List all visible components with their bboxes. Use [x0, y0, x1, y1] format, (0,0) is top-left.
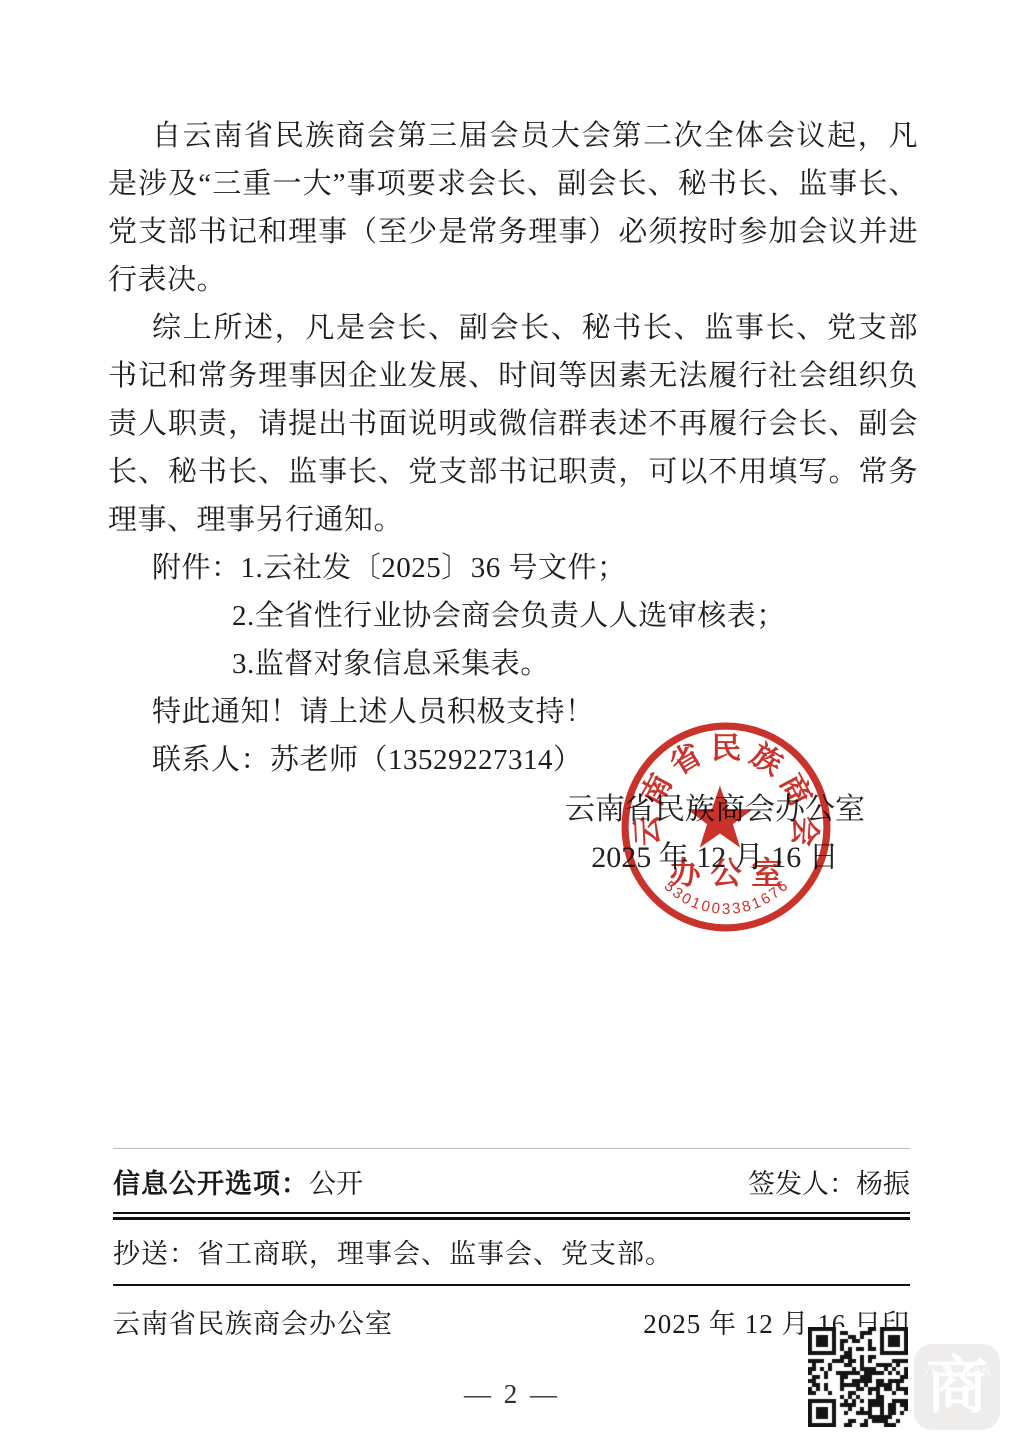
- body-paragraph-2: 综上所述，凡是会长、副会长、秘书长、监事长、党支部书记和常务理事因企业发展、时间…: [108, 304, 918, 544]
- seal-star-icon: [687, 786, 752, 848]
- watermark-label: YN21ST.CN: [914, 1366, 1000, 1378]
- page-number: — 2 —: [0, 1379, 1024, 1410]
- document-footer: 信息公开选项：公开 签发人：杨振 抄送：省工商联，理事会、监事会、党支部。 云南…: [113, 1148, 910, 1355]
- qr-code: [808, 1327, 908, 1427]
- footer-thick-divider: [113, 1212, 910, 1220]
- issuer-label: 签发人：: [748, 1169, 856, 1199]
- disclosure-value: 公开: [309, 1169, 363, 1199]
- disclosure-row: 信息公开选项：公开 签发人：杨振: [113, 1149, 910, 1212]
- attachment-item-3: 3.监督对象信息采集表。: [108, 640, 918, 688]
- attachment-item-2: 2.全省性行业协会商会负责人人选审核表；: [108, 592, 918, 640]
- attachments-line: 附件：1.云社发〔2025〕36 号文件；: [108, 544, 918, 592]
- print-row: 云南省民族商会办公室 2025 年 12 月 16 日印: [113, 1286, 910, 1355]
- attachments-label: 附件：: [152, 552, 241, 584]
- official-seal-stamp: 云南省民族商会 办公室 5301003381676: [615, 716, 837, 938]
- disclosure-label: 信息公开选项：: [113, 1169, 309, 1199]
- seal-office-text: 办公室: [669, 856, 782, 891]
- document-page: 自云南省民族商会第三届会员大会第二次全体会议起，凡是涉及“三重一大”事项要求会长…: [0, 0, 1024, 1448]
- body-paragraph-1: 自云南省民族商会第三届会员大会第二次全体会议起，凡是涉及“三重一大”事项要求会长…: [108, 112, 918, 304]
- attachment-item-1: 1.云社发〔2025〕36 号文件；: [241, 552, 627, 584]
- disclosure-cell: 信息公开选项：公开: [113, 1162, 363, 1201]
- printing-org: 云南省民族商会办公室: [113, 1302, 393, 1341]
- issuer-cell: 签发人：杨振: [748, 1162, 910, 1201]
- cc-row: 抄送：省工商联，理事会、监事会、党支部。: [113, 1220, 910, 1284]
- document-body: 自云南省民族商会第三届会员大会第二次全体会议起，凡是涉及“三重一大”事项要求会长…: [108, 112, 918, 784]
- cc-line: 抄送：省工商联，理事会、监事会、党支部。: [113, 1239, 673, 1269]
- issuer-value: 杨振: [856, 1169, 910, 1199]
